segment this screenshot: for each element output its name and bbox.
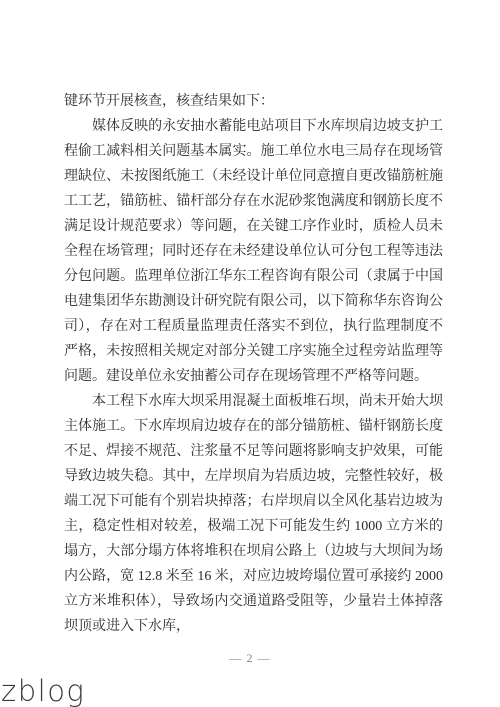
page-number: — 2 —	[0, 651, 500, 666]
body-paragraph: 键环节开展核查，核查结果如下：	[64, 89, 443, 114]
body-paragraph: 本工程下水库大坝采用混凝土面板堆石坝，尚未开始大坝主体施工。下水库坝肩边坡存在的…	[64, 389, 443, 639]
body-paragraph: 媒体反映的永安抽水蓄能电站项目下水库坝肩边坡支护工程偷工减料相关问题基本属实。施…	[64, 114, 443, 389]
document-body: 键环节开展核查，核查结果如下： 媒体反映的永安抽水蓄能电站项目下水库坝肩边坡支护…	[64, 89, 443, 639]
watermark-text: zblog	[1, 674, 85, 707]
document-page: 键环节开展核查，核查结果如下： 媒体反映的永安抽水蓄能电站项目下水库坝肩边坡支护…	[0, 0, 500, 707]
